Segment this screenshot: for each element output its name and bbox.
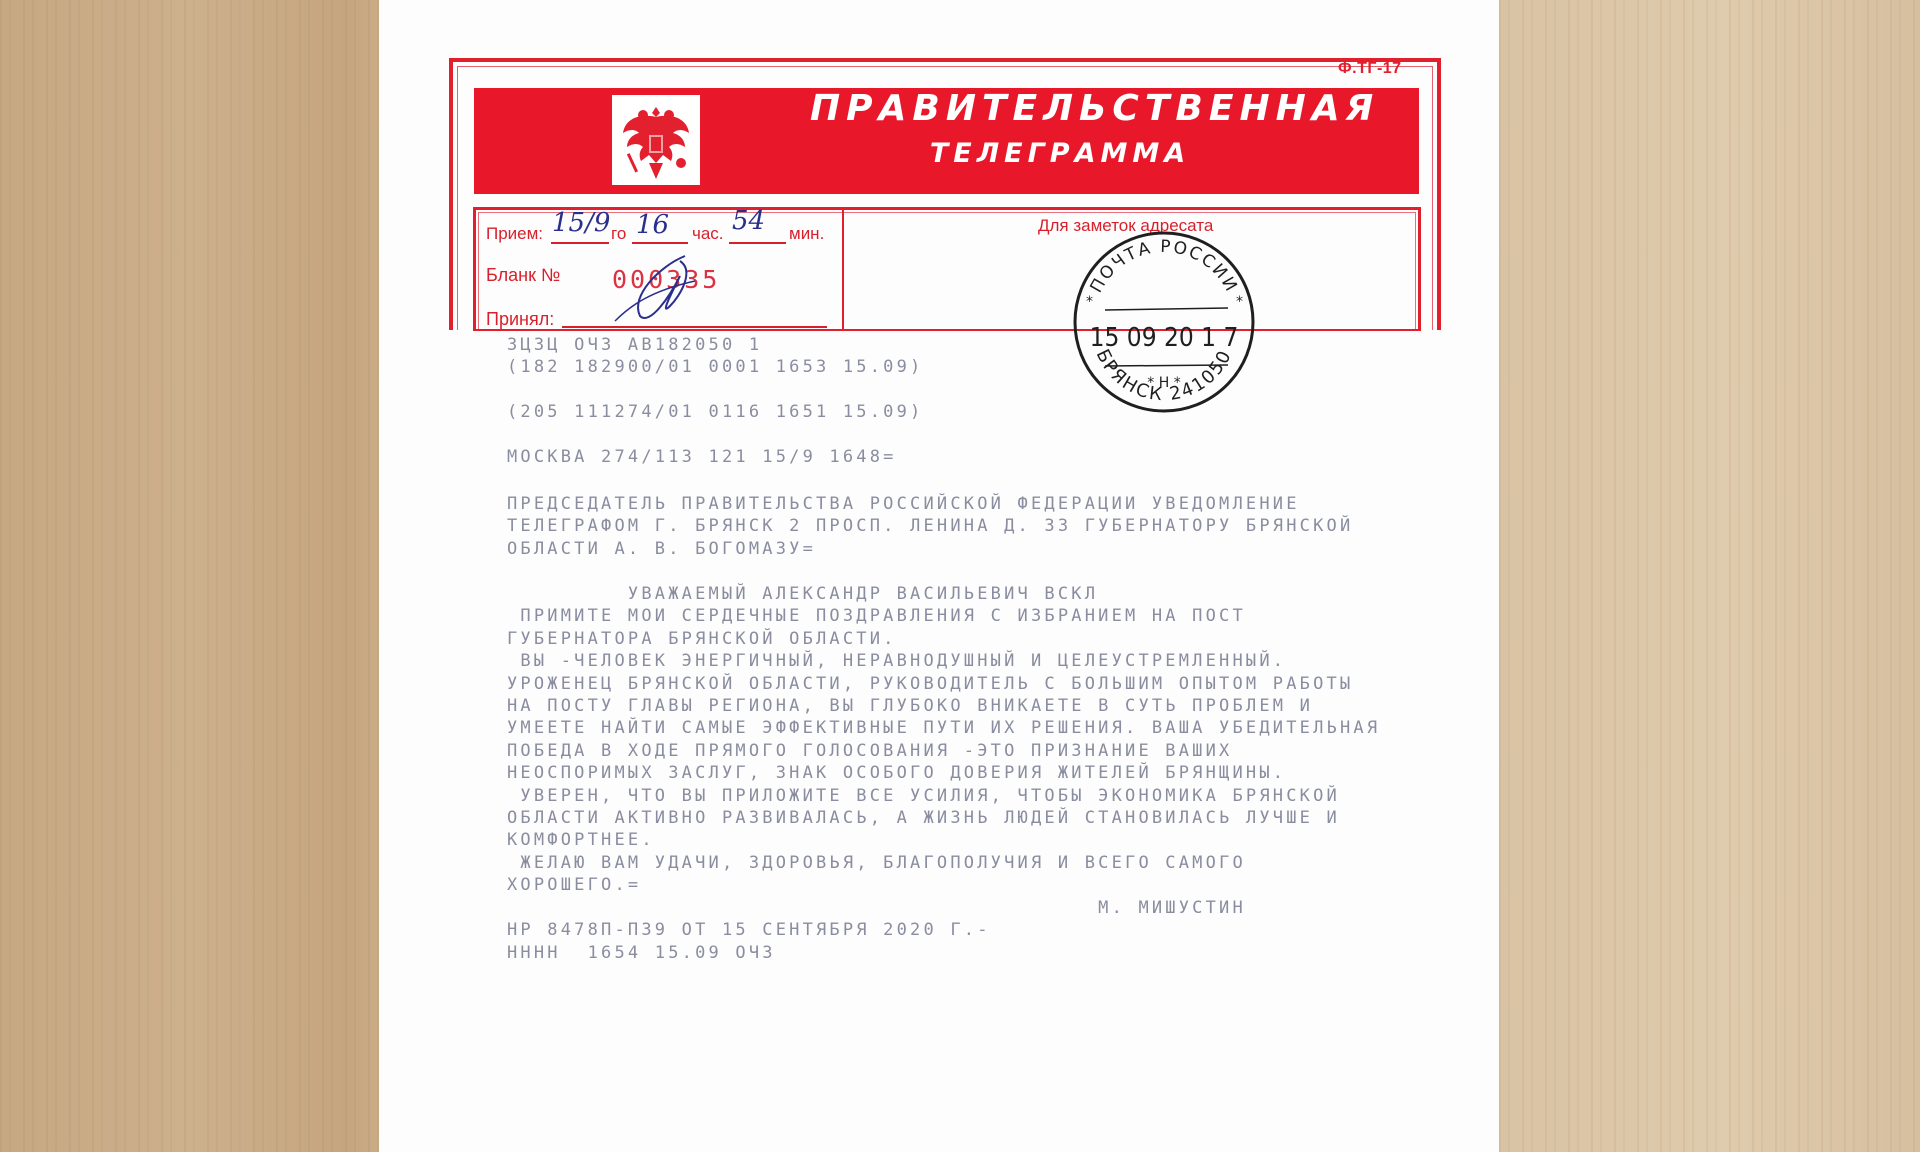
- body-line: УРОЖЕНЕЦ БРЯНСКОЙ ОБЛАСТИ, РУКОВОДИТЕЛЬ …: [507, 673, 1380, 695]
- header-line: (205 111274/01 0116 1651 15.09): [507, 401, 923, 423]
- body-line: НР 8478П-П39 ОТ 15 СЕНТЯБРЯ 2020 Г.-: [507, 919, 1380, 941]
- address-line: ПРЕДСЕДАТЕЛЬ ПРАВИТЕЛЬСТВА РОССИЙСКОЙ ФЕ…: [507, 493, 1353, 515]
- form-subtitle: ТЕЛЕГРАММА: [860, 138, 1260, 169]
- minutes-line: [729, 242, 786, 244]
- header-line: МОСКВА 274/113 121 15/9 1648=: [507, 446, 923, 468]
- minutes-value: 54: [732, 206, 765, 236]
- svg-text:*: *: [1236, 294, 1243, 310]
- telegram-service-header: ЗЦЗЦ ОЧЗ АВ182050 1(182 182900/01 0001 1…: [507, 334, 923, 468]
- header-line: [507, 424, 923, 446]
- header-line: [507, 379, 923, 401]
- postmark-date: 15 09 20 1 7: [1090, 323, 1239, 353]
- telegram-body: УВАЖАЕМЫЙ АЛЕКСАНДР ВАСИЛЬЕВИЧ ВСКЛ ПРИМ…: [507, 583, 1380, 964]
- header-line: (182 182900/01 0001 1653 15.09): [507, 356, 923, 378]
- body-line: КОМФОРТНЕЕ.: [507, 829, 1380, 851]
- body-line: УМЕЕТЕ НАЙТИ САМЫЕ ЭФФЕКТИВНЫЕ ПУТИ ИХ Р…: [507, 717, 1380, 739]
- svg-text:ПОЧТА РОССИИ: ПОЧТА РОССИИ: [1086, 237, 1241, 297]
- reception-divider: [842, 207, 844, 331]
- body-line: УВАЖАЕМЫЙ АЛЕКСАНДР ВАСИЛЬЕВИЧ ВСКЛ: [507, 583, 1380, 605]
- form-title: ПРАВИТЕЛЬСТВЕННАЯ: [810, 88, 1310, 129]
- body-line: ПРИМИТЕ МОИ СЕРДЕЧНЫЕ ПОЗДРАВЛЕНИЯ С ИЗБ…: [507, 605, 1380, 627]
- body-line: НЕОСПОРИМЫХ ЗАСЛУГ, ЗНАК ОСОБОГО ДОВЕРИЯ…: [507, 762, 1380, 784]
- address-line: ОБЛАСТИ А. В. БОГОМАЗУ=: [507, 538, 1353, 560]
- coat-of-arms-icon: [619, 99, 693, 181]
- postmark-stamp: ПОЧТА РОССИИ * * 15 09 20 1 7 * Н * БРЯН…: [1070, 228, 1258, 416]
- body-line: УВЕРЕН, ЧТО ВЫ ПРИЛОЖИТЕ ВСЕ УСИЛИЯ, ЧТО…: [507, 785, 1380, 807]
- received-date-value: 15/9: [552, 208, 610, 238]
- svg-text:*: *: [1086, 294, 1093, 310]
- header-line: ЗЦЗЦ ОЧЗ АВ182050 1: [507, 334, 923, 356]
- body-line: ЖЕЛАЮ ВАМ УДАЧИ, ЗДОРОВЬЯ, БЛАГОПОЛУЧИЯ …: [507, 852, 1380, 874]
- body-line: ГУБЕРНАТОРА БРЯНСКОЙ ОБЛАСТИ.: [507, 628, 1380, 650]
- body-line: ХОРОШЕГО.=: [507, 874, 1380, 896]
- body-line: ОБЛАСТИ АКТИВНО РАЗВИВАЛАСЬ, А ЖИЗНЬ ЛЮД…: [507, 807, 1380, 829]
- body-line: ВЫ -ЧЕЛОВЕК ЭНЕРГИЧНЫЙ, НЕРАВНОДУШНЫЙ И …: [507, 650, 1380, 672]
- emblem-box: [612, 95, 700, 185]
- body-line: М. МИШУСТИН: [507, 897, 1380, 919]
- minutes-label: мин.: [789, 224, 824, 244]
- telegram-address: ПРЕДСЕДАТЕЛЬ ПРАВИТЕЛЬСТВА РОССИЙСКОЙ ФЕ…: [507, 493, 1353, 560]
- form-code: Ф.ТГ-17: [1338, 60, 1402, 78]
- signature-scribble: [480, 236, 710, 336]
- body-line: ПОБЕДА В ХОДЕ ПРЯМОГО ГОЛОСОВАНИЯ -ЭТО П…: [507, 740, 1380, 762]
- wood-background-right: [1499, 0, 1920, 1152]
- body-line: НА ПОСТУ ГЛАВЫ РЕГИОНА, ВЫ ГЛУБОКО ВНИКА…: [507, 695, 1380, 717]
- postmark-top-text: ПОЧТА РОССИИ: [1086, 237, 1241, 297]
- body-line: НННН 1654 15.09 ОЧЗ: [507, 942, 1380, 964]
- wood-background-left: [0, 0, 380, 1152]
- address-line: ТЕЛЕГРАФОМ Г. БРЯНСК 2 ПРОСП. ЛЕНИНА Д. …: [507, 515, 1353, 537]
